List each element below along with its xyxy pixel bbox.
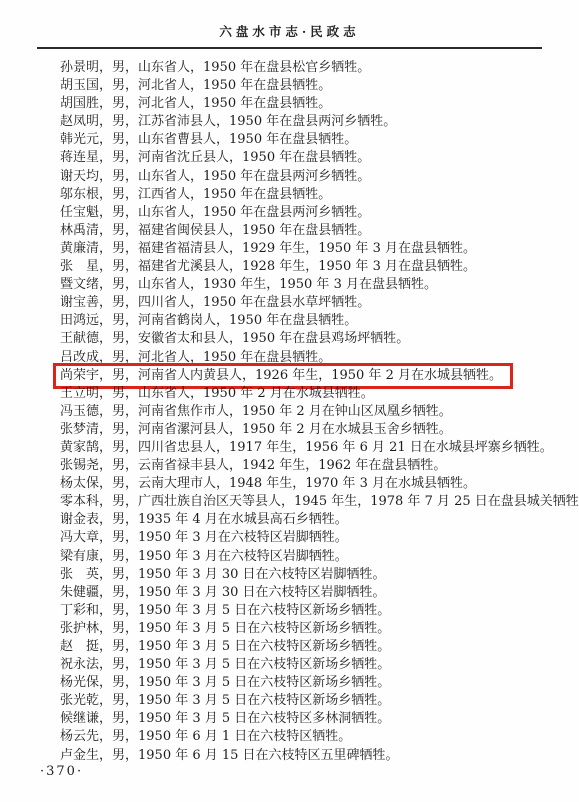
casualty-entry: 张梦清，男，河南省漯河县人，1950 年 2 月在水城县玉舍乡牺牲。 [60, 421, 579, 439]
page-header: 六盘水市志·民政志 [0, 0, 579, 40]
entry-text: 张护林，男，1950 年 3 月 5 日在六枝特区新场乡牺牲。 [60, 621, 390, 636]
casualty-entry: 赵 挺，男，1950 年 3 月 5 日在六枝特区新场乡牺牲。 [60, 638, 579, 656]
casualty-entry: 王献德，男，安徽省太和县人，1950 年在盘县鸡场坪牺牲。 [60, 330, 579, 348]
entry-text: 杨云先，男，1950 年 6 月 1 日在六枝特区牺牲。 [60, 729, 351, 744]
entry-text: 卢金生，男，1950 年 6 月 15 日在六枝特区五里碑牺牲。 [60, 748, 399, 763]
casualty-entry: 杨光保，男，1950 年 3 月 5 日在六枝特区新场乡牺牲。 [60, 674, 579, 692]
casualty-entry: 杨云先，男，1950 年 6 月 1 日在六枝特区牺牲。 [60, 728, 579, 746]
page-footer: ·370· [40, 764, 83, 779]
entry-text: 黄家鹄，男，四川省忠县人，1917 年生，1956 年 6 月 21 日在水城县… [60, 440, 553, 455]
casualty-entry: 零本科，男，广西壮族自治区天等县人，1945 年生，1978 年 7 月 25 … [60, 493, 579, 511]
casualty-entry: 林禹清，男，福建省闽侯县人，1950 年在盘县牺牲。 [60, 222, 579, 240]
casualty-entry: 冯大章，男，1950 年 3 月在六枝特区岩脚牺牲。 [60, 529, 579, 547]
casualty-entry: 谢天均，男，山东省人，1950 年在盘县两河乡牺牲。 [60, 168, 579, 186]
entry-text: 任宝魁，男，山东省人，1950 年在盘县两河乡牺牲。 [60, 205, 370, 220]
casualty-entry: 朱健疆，男，1950 年 3 月 30 日在六枝特区岩脚牺牲。 [60, 584, 579, 602]
entry-text: 胡玉国，男，河北省人，1950 年在盘县牺牲。 [60, 78, 331, 93]
casualty-entry: 祝永法，男，1950 年 3 月 5 日在六枝特区新场乡牺牲。 [60, 656, 579, 674]
entry-text: 王立明，男，山东省人，1950 年 2 月在水城县牺牲。 [60, 386, 374, 401]
entry-text: 张梦清，男，河南省漯河县人，1950 年 2 月在水城县玉舍乡牺牲。 [60, 422, 452, 437]
page-number: ·370· [40, 764, 83, 779]
entry-text: 谢宝善，男，四川省人，1950 年在盘县水草坪牺牲。 [60, 295, 370, 310]
casualty-list: 孙景明，男，山东省人，1950 年在盘县松官乡牺牲。胡玉国，男，河北省人，195… [60, 59, 579, 765]
entry-text: 黄廉清，男，福建省福清县人，1929 年生，1950 年 3 月在盘县牺牲。 [60, 241, 476, 256]
casualty-entry: 邬东根，男，江西省人，1950 年在盘县牺牲。 [60, 186, 579, 204]
entry-text: 张光乾，男，1950 年 3 月 5 日在六枝特区新场乡牺牲。 [60, 693, 390, 708]
entry-text: 张 英，男，1950 年 3 月 30 日在六枝特区岩脚牺牲。 [60, 567, 386, 582]
casualty-entry: 谢宝善，男，四川省人，1950 年在盘县水草坪牺牲。 [60, 294, 579, 312]
casualty-entry: 冯玉德，男，河南省焦作市人，1950 年 2 月在钟山区凤凰乡牺牲。 [60, 403, 579, 421]
entry-text: 蒋连星，男，河南省沈丘县人，1950 年在盘县牺牲。 [60, 150, 370, 165]
casualty-entry: 尚荣宇，男，河南省人内黄县人，1926 年生，1950 年 2 月在水城县牺牲。 [60, 367, 579, 385]
casualty-entry: 张 星，男，福建省尤溪县人，1928 年生，1950 年 3 月在盘县牺牲。 [60, 258, 579, 276]
casualty-entry: 候继谦，男，1950 年 3 月 5 日在六枝特区多林洞牺牲。 [60, 710, 579, 728]
casualty-entry: 任宝魁，男，山东省人，1950 年在盘县两河乡牺牲。 [60, 204, 579, 222]
entry-text: 张 星，男，福建省尤溪县人，1928 年生，1950 年 3 月在盘县牺牲。 [60, 259, 476, 274]
entry-text: 杨光保，男，1950 年 3 月 5 日在六枝特区新场乡牺牲。 [60, 675, 390, 690]
entry-text: 赵凤明，男，江苏省沛县人，1950 年在盘县两河乡牺牲。 [60, 114, 396, 129]
entry-text: 胡国胜，男，河北省人，1950 年在盘县牺牲。 [60, 96, 331, 111]
entry-text: 冯玉德，男，河南省焦作市人，1950 年 2 月在钟山区凤凰乡牺牲。 [60, 404, 452, 419]
entry-text: 梁有康，男，1950 年 3 月在六枝特区岩脚牺牲。 [60, 549, 348, 564]
casualty-entry: 黄廉清，男，福建省福清县人，1929 年生，1950 年 3 月在盘县牺牲。 [60, 240, 579, 258]
casualty-entry: 张锡尧，男，云南省禄丰县人，1942 年生，1962 年在盘县牺牲。 [60, 457, 579, 475]
entry-text: 孙景明，男，山东省人，1950 年在盘县松官乡牺牲。 [60, 60, 370, 75]
entry-text: 暨文绪，男，山东省人，1930 年生，1950 年 3 月在盘县牺牲。 [60, 277, 437, 292]
casualty-entry: 王立明，男，山东省人，1950 年 2 月在水城县牺牲。 [60, 385, 579, 403]
casualty-entry: 谢金表，男，1935 年 4 月在水城县高石乡牺牲。 [60, 511, 579, 529]
casualty-entry: 田鸿远，男，河南省鹤岗人，1950 年在盘县牺牲。 [60, 312, 579, 330]
entry-text: 赵 挺，男，1950 年 3 月 5 日在六枝特区新场乡牺牲。 [60, 639, 390, 654]
casualty-entry: 赵凤明，男，江苏省沛县人，1950 年在盘县两河乡牺牲。 [60, 113, 579, 131]
casualty-entry: 梁有康，男，1950 年 3 月在六枝特区岩脚牺牲。 [60, 548, 579, 566]
entry-text: 零本科，男，广西壮族自治区天等县人，1945 年生，1978 年 7 月 25 … [60, 494, 579, 509]
page-header-title: 六盘水市志·民政志 [219, 24, 359, 39]
entry-text: 候继谦，男，1950 年 3 月 5 日在六枝特区多林洞牺牲。 [60, 711, 390, 726]
casualty-entry: 卢金生，男，1950 年 6 月 15 日在六枝特区五里碑牺牲。 [60, 747, 579, 765]
casualty-entry: 张光乾，男，1950 年 3 月 5 日在六枝特区新场乡牺牲。 [60, 692, 579, 710]
casualty-entry: 胡玉国，男，河北省人，1950 年在盘县牺牲。 [60, 77, 579, 95]
casualty-entry: 蒋连星，男，河南省沈丘县人，1950 年在盘县牺牲。 [60, 149, 579, 167]
casualty-entry: 黄家鹄，男，四川省忠县人，1917 年生，1956 年 6 月 21 日在水城县… [60, 439, 579, 457]
entry-text: 田鸿远，男，河南省鹤岗人，1950 年在盘县牺牲。 [60, 313, 357, 328]
highlighted-entry-text: 尚荣宇，男，河南省人内黄县人，1926 年生，1950 年 2 月在水城县牺牲。 [56, 366, 510, 386]
entry-text: 林禹清，男，福建省闽侯县人，1950 年在盘县牺牲。 [60, 223, 370, 238]
entry-text: 朱健疆，男，1950 年 3 月 30 日在六枝特区岩脚牺牲。 [60, 585, 386, 600]
entry-text: 吕改成，男，河北省人，1950 年在盘县牺牲。 [60, 350, 331, 365]
casualty-entry: 韩光元，男，山东省曹县人，1950 年在盘县牺牲。 [60, 131, 579, 149]
casualty-entry: 张护林，男，1950 年 3 月 5 日在六枝特区新场乡牺牲。 [60, 620, 579, 638]
casualty-entry: 张 英，男，1950 年 3 月 30 日在六枝特区岩脚牺牲。 [60, 566, 579, 584]
entry-text: 冯大章，男，1950 年 3 月在六枝特区岩脚牺牲。 [60, 530, 348, 545]
entry-text: 丁彩和，男，1950 年 3 月 5 日在六枝特区新场乡牺牲。 [60, 603, 390, 618]
casualty-entry: 暨文绪，男，山东省人，1930 年生，1950 年 3 月在盘县牺牲。 [60, 276, 579, 294]
entry-text: 张锡尧，男，云南省禄丰县人，1942 年生，1962 年在盘县牺牲。 [60, 458, 446, 473]
entry-text: 祝永法，男，1950 年 3 月 5 日在六枝特区新场乡牺牲。 [60, 657, 390, 672]
entry-text: 谢天均，男，山东省人，1950 年在盘县两河乡牺牲。 [60, 169, 370, 184]
entry-text: 杨太保，男，云南大理市人，1948 年生，1970 年 3 月在水城县牺牲。 [60, 476, 476, 491]
header-divider [37, 47, 542, 49]
casualty-entry: 杨太保，男，云南大理市人，1948 年生，1970 年 3 月在水城县牺牲。 [60, 475, 579, 493]
entry-text: 王献德，男，安徽省太和县人，1950 年在盘县鸡场坪牺牲。 [60, 331, 409, 346]
entry-text: 邬东根，男，江西省人，1950 年在盘县牺牲。 [60, 187, 331, 202]
casualty-entry: 胡国胜，男，河北省人，1950 年在盘县牺牲。 [60, 95, 579, 113]
entry-text: 韩光元，男，山东省曹县人，1950 年在盘县牺牲。 [60, 132, 357, 147]
casualty-entry: 吕改成，男，河北省人，1950 年在盘县牺牲。 [60, 349, 579, 367]
scanned-book-page: 六盘水市志·民政志 孙景明，男，山东省人，1950 年在盘县松官乡牺牲。胡玉国，… [0, 0, 579, 802]
casualty-entry: 孙景明，男，山东省人，1950 年在盘县松官乡牺牲。 [60, 59, 579, 77]
casualty-entry: 丁彩和，男，1950 年 3 月 5 日在六枝特区新场乡牺牲。 [60, 602, 579, 620]
entry-text: 谢金表，男，1935 年 4 月在水城县高石乡牺牲。 [60, 512, 348, 527]
